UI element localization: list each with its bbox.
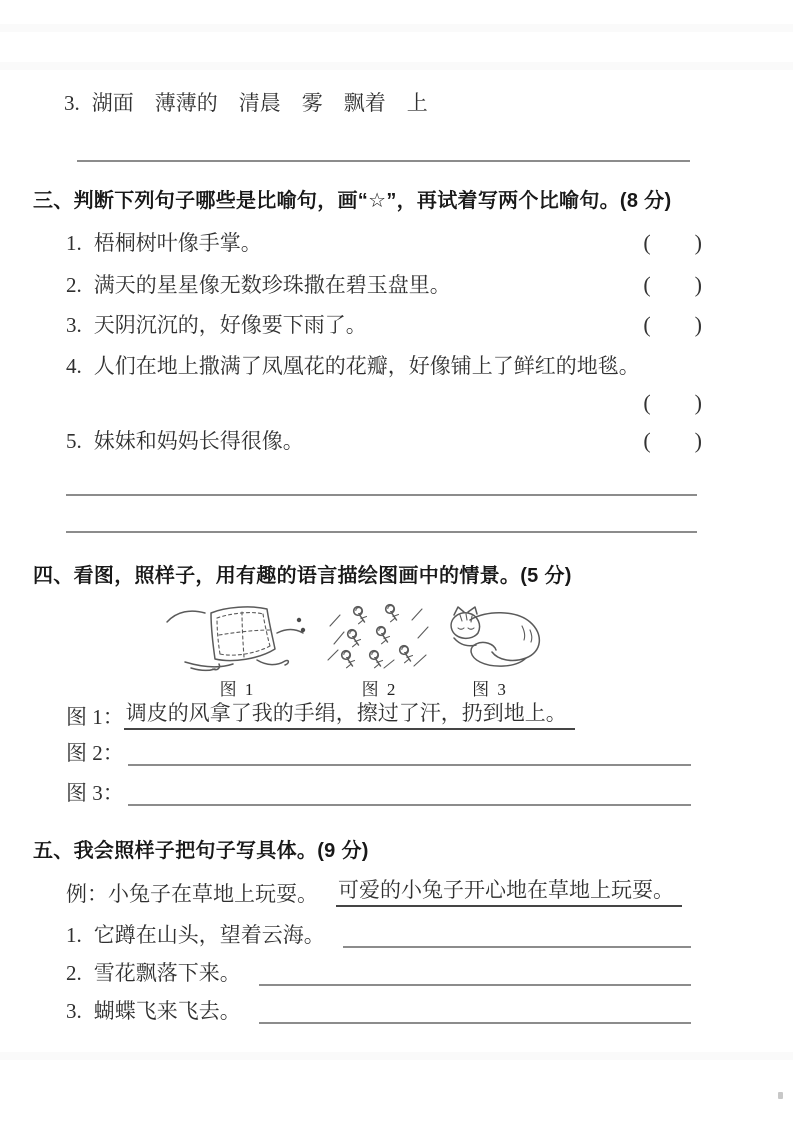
item-number: 5.: [66, 428, 82, 454]
example-row: 例：小兔子在草地上玩耍。 可爱的小兔子开心地在草地上玩耍。: [66, 877, 691, 907]
scan-artifact: [0, 1052, 793, 1060]
answer-brackets: (): [643, 229, 702, 257]
paren-close: ): [695, 389, 702, 417]
figure-3: 图 3: [424, 600, 556, 700]
paren-open: (: [643, 389, 650, 417]
answer-line: [66, 509, 697, 533]
word-rearrange-item: 3. 湖面 薄薄的 清晨 雾 飘着 上: [64, 90, 428, 116]
paren-close: ): [695, 229, 702, 257]
figure-1-answer-row: 图 1： 调皮的风拿了我的手绢，擦过了汗，扔到地上。: [66, 700, 691, 730]
worksheet-page: 3. 湖面 薄薄的 清晨 雾 飘着 上 三、判断下列句子哪些是比喻句，画“☆”，…: [0, 0, 793, 1122]
figure-1-answer-prefix: 图 1：: [66, 704, 124, 730]
figure-1: 图 1: [160, 600, 315, 700]
simile-item-4-brackets: (): [66, 389, 702, 417]
answer-line: [128, 783, 691, 806]
figure-2: 图 2: [322, 600, 437, 700]
item-text: 它蹲在山头，望着云海。: [94, 922, 325, 948]
answer-brackets: (): [643, 389, 702, 417]
sleeping-cat-icon: [426, 600, 554, 672]
section-4-title: 四、看图，照样子，用有趣的语言描绘图画中的情景。(5 分): [33, 559, 572, 588]
paren-close: ): [695, 271, 702, 299]
item-number: 4.: [66, 353, 82, 379]
expand-item-1: 1. 它蹲在山头，望着云海。: [66, 922, 691, 948]
figure-3-answer-row: 图 3：: [66, 780, 691, 806]
paren-open: (: [643, 229, 650, 257]
figure-1-label: 图 1: [220, 675, 256, 700]
answer-brackets: (): [643, 271, 702, 299]
answer-line: [128, 743, 691, 766]
item-text: 人们在地上撒满了凤凰花的花瓣，好像铺上了鲜红的地毯。: [94, 353, 640, 379]
answer-brackets: (): [643, 311, 702, 339]
figure-1-answer-text: 调皮的风拿了我的手绢，擦过了汗，扔到地上。: [124, 700, 575, 730]
figure-2-label: 图 2: [362, 675, 398, 700]
answer-line: [259, 963, 691, 986]
scan-artifact: [0, 62, 793, 70]
paren-close: ): [695, 427, 702, 455]
figure-3-answer-prefix: 图 3：: [66, 780, 124, 806]
item-text: 雪花飘落下来。: [94, 960, 241, 986]
section-3-title: 三、判断下列句子哪些是比喻句，画“☆”，再试着写两个比喻句。(8 分): [33, 184, 671, 213]
simile-item-5: 5. 妹妹和妈妈长得很像。 (): [66, 427, 702, 455]
simile-item-2: 2. 满天的星星像无数珍珠撒在碧玉盘里。 (): [66, 271, 702, 299]
answer-brackets: (): [643, 427, 702, 455]
simile-item-1: 1. 梧桐树叶像手掌。 (): [66, 229, 702, 257]
paren-open: (: [643, 311, 650, 339]
item-text: 满天的星星像无数珍珠撒在碧玉盘里。: [94, 272, 451, 298]
example-answer-sentence: 可爱的小兔子开心地在草地上玩耍。: [336, 877, 682, 907]
paren-close: ): [695, 311, 702, 339]
item-number: 2.: [66, 272, 82, 298]
item-number: 3.: [66, 312, 82, 338]
item-number: 1.: [66, 230, 82, 256]
answer-line: [77, 138, 690, 162]
expand-item-2: 2. 雪花飘落下来。: [66, 960, 691, 986]
scan-speck: [778, 1092, 783, 1099]
answer-line: [66, 472, 697, 496]
example-base-sentence: 例：小兔子在草地上玩耍。: [66, 881, 318, 907]
item-text: 蝴蝶飞来飞去。: [94, 998, 241, 1024]
figure-2-answer-prefix: 图 2：: [66, 740, 124, 766]
answer-line: [259, 1001, 691, 1024]
item-text: 天阴沉沉的，好像要下雨了。: [94, 312, 367, 338]
item-number: 1.: [66, 922, 82, 948]
figure-3-label: 图 3: [472, 675, 508, 700]
figure-2-answer-row: 图 2：: [66, 740, 691, 766]
simile-item-3: 3. 天阴沉沉的，好像要下雨了。 (): [66, 311, 702, 339]
item-words: 湖面 薄薄的 清晨 雾 飘着 上: [92, 90, 428, 116]
handkerchief-wind-icon: [163, 600, 313, 672]
answer-line: [343, 925, 691, 948]
scan-artifact: [0, 24, 793, 32]
expand-item-3: 3. 蝴蝶飞来飞去。: [66, 998, 691, 1024]
section-5-title: 五、我会照样子把句子写具体。(9 分): [33, 834, 369, 863]
item-number: 2.: [66, 960, 82, 986]
item-text: 梧桐树叶像手掌。: [94, 230, 262, 256]
item-text: 妹妹和妈妈长得很像。: [94, 428, 304, 454]
item-number: 3.: [64, 90, 80, 116]
simile-item-4: 4. 人们在地上撒满了凤凰花的花瓣，好像铺上了鲜红的地毯。: [66, 353, 702, 379]
paren-open: (: [643, 271, 650, 299]
item-number: 3.: [66, 998, 82, 1024]
roses-in-wind-icon: [324, 600, 436, 672]
paren-open: (: [643, 427, 650, 455]
